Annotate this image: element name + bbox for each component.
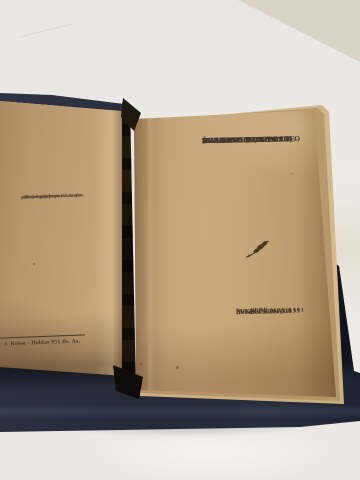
foxing-spot	[140, 363, 142, 365]
title-line: HEROES * * * * * * *	[202, 133, 283, 147]
foxing-spot	[291, 173, 293, 175]
colophon-line: rados por el autor.	[21, 192, 56, 201]
foxing-spot	[33, 263, 35, 265]
imprint-line: Buenos Aires, 1933	[236, 307, 300, 318]
photo-open-book: De la segunda edición de esta obra se ha…	[0, 0, 360, 480]
foxing-spot	[176, 366, 179, 369]
